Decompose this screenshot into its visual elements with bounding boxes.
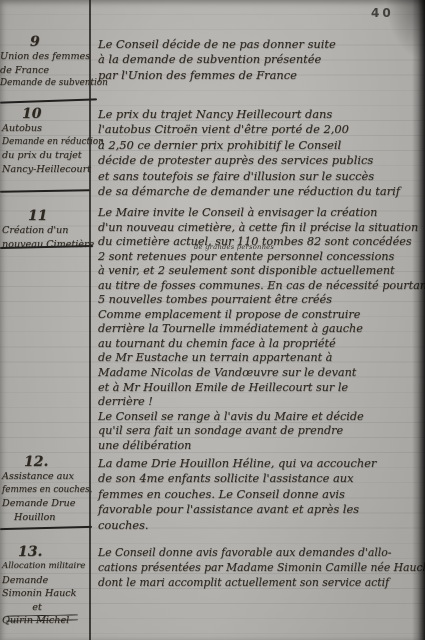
margin-note-line: de France xyxy=(0,64,88,78)
manuscript-line-with-interline: 2 sont retenues pour entente personnel c… xyxy=(98,250,420,265)
entry-11-body: Le Maire invite le Conseil à envisager l… xyxy=(98,206,420,453)
margin-column-rule xyxy=(89,0,91,640)
margin-note-line: Demande de subvention xyxy=(0,77,88,91)
entry-10-body: Le prix du trajet Nancy Heillecourt dans… xyxy=(98,107,420,199)
entry-9-margin: 9 Union des femmes de France Demande de … xyxy=(2,34,88,91)
manuscript-line: 5 nouvelles tombes pourraient être créés xyxy=(98,293,420,308)
manuscript-line: Le Conseil se range à l'avis du Maire et… xyxy=(98,410,420,425)
manuscript-line: Le Maire invite le Conseil à envisager l… xyxy=(98,206,420,221)
entry-number: 11 xyxy=(2,208,88,224)
entry-separator xyxy=(6,614,78,621)
manuscript-line: Madame Nicolas de Vandœuvre sur le devan… xyxy=(98,366,420,381)
margin-note-line: Assistance aux xyxy=(2,470,88,484)
margin-note-line: Demande en réduction xyxy=(2,136,88,150)
manuscript-line: femmes en couches. Le Conseil donne avis xyxy=(98,487,420,502)
manuscript-line: derrière la Tournelle immédiatement à ga… xyxy=(98,322,420,337)
manuscript-line: couches. xyxy=(98,518,420,533)
manuscript-line: qu'il sera fait un sondage avant de pren… xyxy=(98,424,420,439)
margin-note-line: Allocation militaire xyxy=(2,560,88,574)
entry-number: 9 xyxy=(2,34,88,50)
margin-note-line: et xyxy=(2,601,72,615)
manuscript-line: au tournant du chemin face à la propriét… xyxy=(98,337,420,352)
entry-number: 12. xyxy=(2,454,88,470)
manuscript-line: de Mr Eustache un terrain appartenant à xyxy=(98,351,420,366)
top-right-corner-shadow xyxy=(385,0,425,60)
entry-number: 10 xyxy=(2,106,88,122)
manuscript-line: à venir, et 2 seulement sont disponible … xyxy=(98,264,420,279)
manuscript-line: Comme emplacement il propose de construi… xyxy=(98,308,420,323)
margin-note-line: Autobus xyxy=(2,122,88,136)
margin-note-line: Union des femmes xyxy=(0,50,88,64)
manuscript-line: de son 4me enfants sollicite l'assistanc… xyxy=(98,471,420,486)
entry-separator xyxy=(0,189,90,193)
manuscript-line: Le prix du trajet Nancy Heillecourt dans xyxy=(98,107,420,122)
margin-note-line: Nancy-Heillecourt xyxy=(2,163,88,177)
entry-number: 13. xyxy=(2,544,88,560)
margin-note-line: Simonin Hauck xyxy=(2,587,88,601)
margin-note-line: Demande xyxy=(2,574,88,588)
manuscript-line: favorable pour l'assistance avant et apr… xyxy=(98,502,420,517)
interline-note: de grandes personnes xyxy=(194,244,274,251)
manuscript-line: Le Conseil donne avis favorable aux dema… xyxy=(98,545,420,560)
margin-note-line: Demande Drue xyxy=(2,497,88,511)
margin-note-line: femmes en couches. xyxy=(2,484,88,498)
manuscript-line: Le Conseil décide de ne pas donner suite xyxy=(98,37,420,52)
entry-10-margin: 10 Autobus Demande en réduction du prix … xyxy=(2,106,88,176)
manuscript-line: La dame Drie Houillon Héline, qui va acc… xyxy=(98,456,420,471)
margin-note-line: Houillon xyxy=(2,511,88,525)
manuscript-line: une délibération xyxy=(98,439,420,454)
manuscript-line: 2 sont retenues pour entente personnel c… xyxy=(98,250,394,263)
entry-12-body: La dame Drie Houillon Héline, qui va acc… xyxy=(98,456,420,533)
manuscript-line: par l'Union des femmes de France xyxy=(98,68,420,83)
manuscript-line: derrière ! xyxy=(98,395,420,410)
margin-note-line: du prix du trajet xyxy=(2,149,88,163)
entry-separator xyxy=(0,526,92,530)
manuscript-line: d'un nouveau cimetière, à cette fin il p… xyxy=(98,221,420,236)
manuscript-line: cations présentées par Madame Simonin Ca… xyxy=(98,560,420,575)
entry-separator xyxy=(0,98,97,103)
manuscript-line: décide de protester auprès des services … xyxy=(98,153,420,168)
entry-12-margin: 12. Assistance aux femmes en couches. De… xyxy=(2,454,88,524)
manuscript-line: l'autobus Citroën vient d'être porté de … xyxy=(98,122,420,137)
margin-note-line: Création d'un xyxy=(2,224,88,238)
manuscript-line: et sans toutefois se faire d'illusion su… xyxy=(98,169,420,184)
right-page-edge-shadow xyxy=(412,0,425,640)
manuscript-line: au titre de fosses communes. En cas de n… xyxy=(98,279,420,294)
entry-9-body: Le Conseil décide de ne pas donner suite… xyxy=(98,37,420,83)
register-page: 40 9 Union des femmes de France Demande … xyxy=(0,0,425,640)
manuscript-line: et à Mr Houillon Emile de Heillecourt su… xyxy=(98,381,420,396)
manuscript-line: à 2,50 ce dernier prix prohibitif le Con… xyxy=(98,138,420,153)
manuscript-line: dont le mari accomplit actuellement son … xyxy=(98,575,420,590)
manuscript-line: de sa démarche de demander une réduction… xyxy=(98,184,420,199)
manuscript-line: à la demande de subvention présentée xyxy=(98,52,420,67)
entry-13-body: Le Conseil donne avis favorable aux dema… xyxy=(98,545,420,591)
